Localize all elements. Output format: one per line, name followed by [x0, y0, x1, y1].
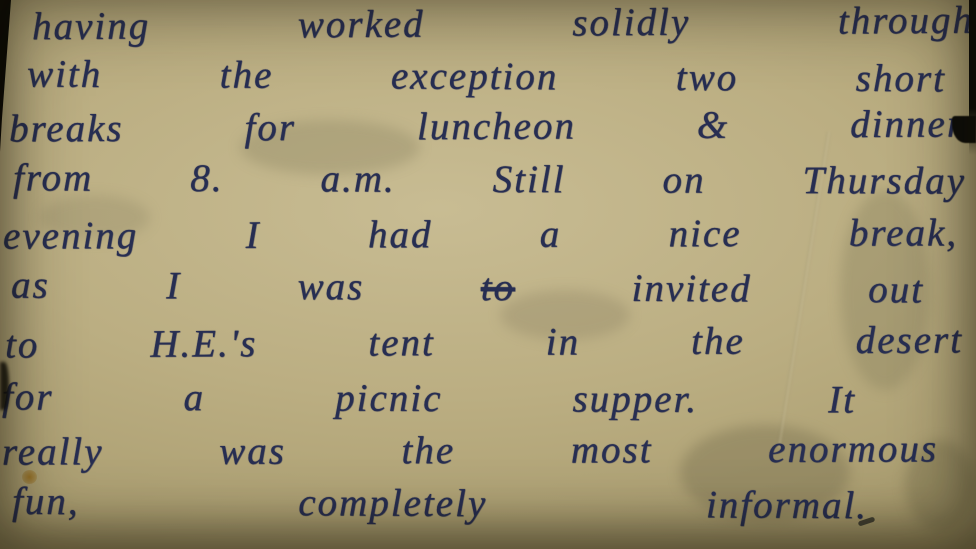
handwritten-word: most: [571, 427, 653, 472]
handwritten-word: through: [838, 0, 974, 44]
handwritten-word: solidly: [572, 0, 690, 46]
handwritten-word: I: [166, 263, 181, 308]
handwritten-word: completely: [298, 480, 487, 526]
letter-line: reallywasthemostenormous: [2, 426, 938, 477]
letter-line: eveningIhadanicebreak,: [3, 210, 958, 261]
letter-line: asIwastoinvitedout: [11, 263, 924, 316]
handwritten-word: nice: [668, 211, 741, 256]
handwritten-word: a: [184, 375, 206, 420]
letter-line: fun,completelyinformal.: [12, 479, 868, 531]
handwritten-word: was: [297, 264, 364, 309]
handwritten-word: Still: [493, 157, 566, 202]
photo-edge-left-smudge: [0, 362, 9, 410]
handwritten-word: informal.: [706, 482, 868, 528]
struck-word: to: [481, 265, 516, 310]
handwritten-word: breaks: [9, 106, 124, 152]
handwritten-word: on: [662, 158, 705, 203]
handwritten-word: with: [27, 52, 102, 97]
handwritten-word: worked: [298, 2, 425, 48]
handwritten-word: a: [540, 212, 562, 257]
handwritten-word: a.m.: [320, 156, 395, 201]
handwritten-word: evening: [3, 213, 138, 258]
letter-line: toH.E.'stentinthedesert: [5, 317, 963, 370]
handwritten-word: tent: [368, 320, 435, 365]
handwritten-word: as: [11, 263, 50, 308]
handwritten-word: in: [546, 319, 581, 364]
handwritten-word: the: [401, 428, 455, 473]
handwritten-word: desert: [856, 317, 964, 363]
handwritten-word: the: [220, 53, 274, 98]
handwritten-word: enormous: [768, 426, 938, 472]
photo-frame: havingworkedsolidlythroughwiththeexcepti…: [0, 0, 976, 549]
letter-paper: havingworkedsolidlythroughwiththeexcepti…: [0, 0, 976, 549]
handwritten-word: two: [676, 55, 739, 100]
handwritten-word: It: [828, 377, 856, 422]
handwritten-word: exception: [391, 53, 559, 99]
handwritten-word: Thursday: [803, 158, 967, 204]
letter-lines: havingworkedsolidlythroughwiththeexcepti…: [0, 0, 976, 549]
letter-line: forapicnicsupper.It: [2, 375, 856, 426]
handwritten-word: break,: [849, 210, 958, 255]
handwritten-word: short: [856, 56, 946, 101]
handwritten-word: having: [32, 3, 150, 49]
letter-line: withtheexceptiontwoshort: [27, 52, 946, 105]
letter-line: breaksforluncheon&dinner: [9, 102, 964, 155]
handwritten-word: for: [244, 105, 296, 150]
handwritten-word: H.E.'s: [150, 321, 257, 367]
handwritten-word: &: [697, 103, 730, 148]
handwritten-word: really: [2, 429, 104, 474]
handwritten-word: dinner: [850, 102, 964, 148]
handwritten-word: luncheon: [417, 104, 576, 150]
handwritten-word: from: [13, 155, 93, 200]
letter-line: havingworkedsolidlythrough: [32, 0, 974, 52]
handwritten-word: the: [691, 319, 745, 364]
handwritten-word: for: [2, 375, 54, 420]
letter-line: from8.a.m.StillonThursday: [13, 155, 966, 206]
handwritten-word: supper.: [572, 377, 698, 422]
handwritten-word: picnic: [335, 376, 442, 421]
handwritten-word: invited: [631, 266, 751, 312]
handwritten-word: 8.: [190, 156, 223, 201]
handwritten-word: fun,: [12, 479, 80, 524]
handwritten-word: was: [219, 429, 286, 474]
handwritten-word: out: [868, 267, 924, 312]
handwritten-word: I: [246, 213, 261, 258]
handwritten-word: had: [368, 212, 433, 257]
handwritten-word: to: [5, 322, 40, 367]
